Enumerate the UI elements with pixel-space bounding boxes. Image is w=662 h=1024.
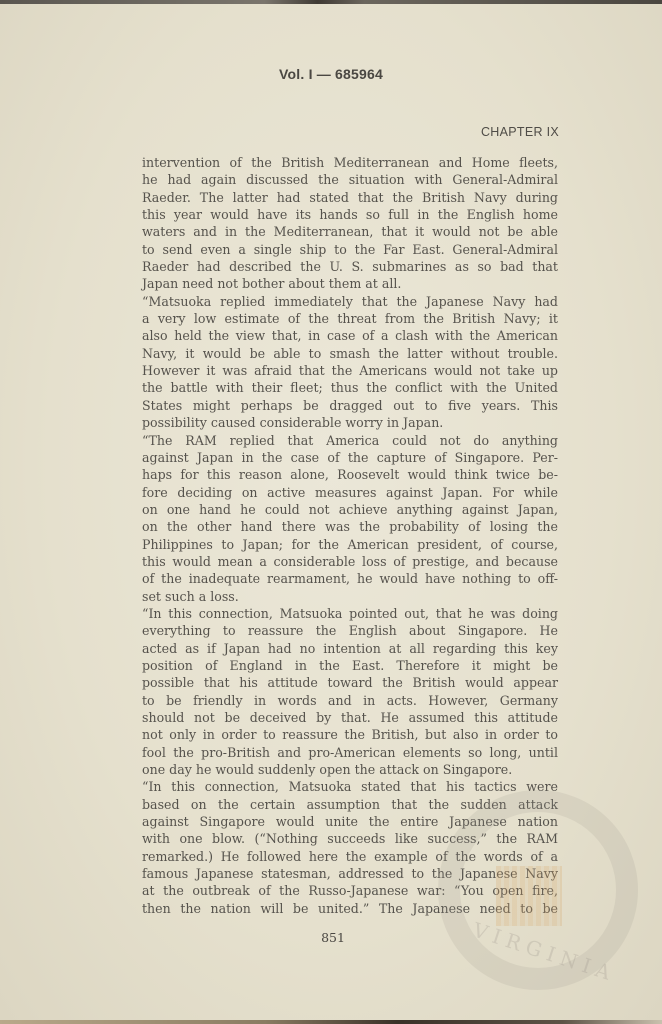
text-line: this would mean a considerable loss of p… <box>142 553 558 570</box>
text-line: against Japan in the case of the capture… <box>142 449 558 466</box>
text-line: to be friendly in words and in acts. How… <box>142 692 558 709</box>
text-line: set such a loss. <box>142 588 558 605</box>
text-line: against Singapore would unite the entire… <box>142 813 558 830</box>
text-line: “In this connection, Matsuoka stated tha… <box>142 778 558 795</box>
text-line: with one blow. (“Nothing succeeds like s… <box>142 830 558 847</box>
text-line: of the inadequate rearmament, he would h… <box>142 570 558 587</box>
text-line: to send even a single ship to the Far Ea… <box>142 241 558 258</box>
text-line: also held the view that, in case of a cl… <box>142 327 558 344</box>
text-line: intervention of the British Mediterranea… <box>142 154 558 171</box>
text-line: a very low estimate of the threat from t… <box>142 310 558 327</box>
text-line: everything to reassure the English about… <box>142 622 558 639</box>
text-line: on one hand he could not achieve anythin… <box>142 501 558 518</box>
page-number: 851 <box>0 930 662 945</box>
text-line: “Matsuoka replied immediately that the J… <box>142 293 558 310</box>
body-text: intervention of the British Mediterranea… <box>142 154 558 917</box>
text-line: should not be deceived by that. He assum… <box>142 709 558 726</box>
text-line: at the outbreak of the Russo-Japanese wa… <box>142 882 558 899</box>
text-line: possible that his attitude toward the Br… <box>142 674 558 691</box>
text-line: position of England in the East. Therefo… <box>142 657 558 674</box>
text-line: Japan need not bother about them at all. <box>142 275 558 292</box>
text-line: haps for this reason alone, Roosevelt wo… <box>142 466 558 483</box>
text-line: acted as if Japan had no intention at al… <box>142 640 558 657</box>
text-line: Raeder had described the U. S. submarine… <box>142 258 558 275</box>
text-line: then the nation will be united.” The Jap… <box>142 900 558 917</box>
text-line: the battle with their fleet; thus the co… <box>142 379 558 396</box>
text-line: “The RAM replied that America could not … <box>142 432 558 449</box>
text-line: this year would have its hands so full i… <box>142 206 558 223</box>
text-line: However it was afraid that the Americans… <box>142 362 558 379</box>
text-line: based on the certain assumption that the… <box>142 796 558 813</box>
text-line: remarked.) He followed here the example … <box>142 848 558 865</box>
text-line: Raeder. The latter had stated that the B… <box>142 189 558 206</box>
page-bottom-edge <box>0 1020 662 1024</box>
text-line: waters and in the Mediterranean, that it… <box>142 223 558 240</box>
text-line: States might perhaps be dragged out to f… <box>142 397 558 414</box>
text-line: one day he would suddenly open the attac… <box>142 761 558 778</box>
text-line: Navy, it would be able to smash the latt… <box>142 345 558 362</box>
text-line: possibility caused considerable worry in… <box>142 414 558 431</box>
text-line: fool the pro-British and pro-American el… <box>142 744 558 761</box>
chapter-label: CHAPTER IX <box>481 125 559 139</box>
text-line: fore deciding on active measures against… <box>142 484 558 501</box>
running-head: Vol. I — 685964 <box>0 66 662 82</box>
text-line: he had again discussed the situation wit… <box>142 171 558 188</box>
text-line: Philippines to Japan; for the American p… <box>142 536 558 553</box>
text-line: “In this connection, Matsuoka pointed ou… <box>142 605 558 622</box>
document-page: Vol. I — 685964 CHAPTER IX intervention … <box>0 4 662 1020</box>
text-line: famous Japanese statesman, addressed to … <box>142 865 558 882</box>
text-line: on the other hand there was the probabil… <box>142 518 558 535</box>
text-line: not only in order to reassure the Britis… <box>142 726 558 743</box>
